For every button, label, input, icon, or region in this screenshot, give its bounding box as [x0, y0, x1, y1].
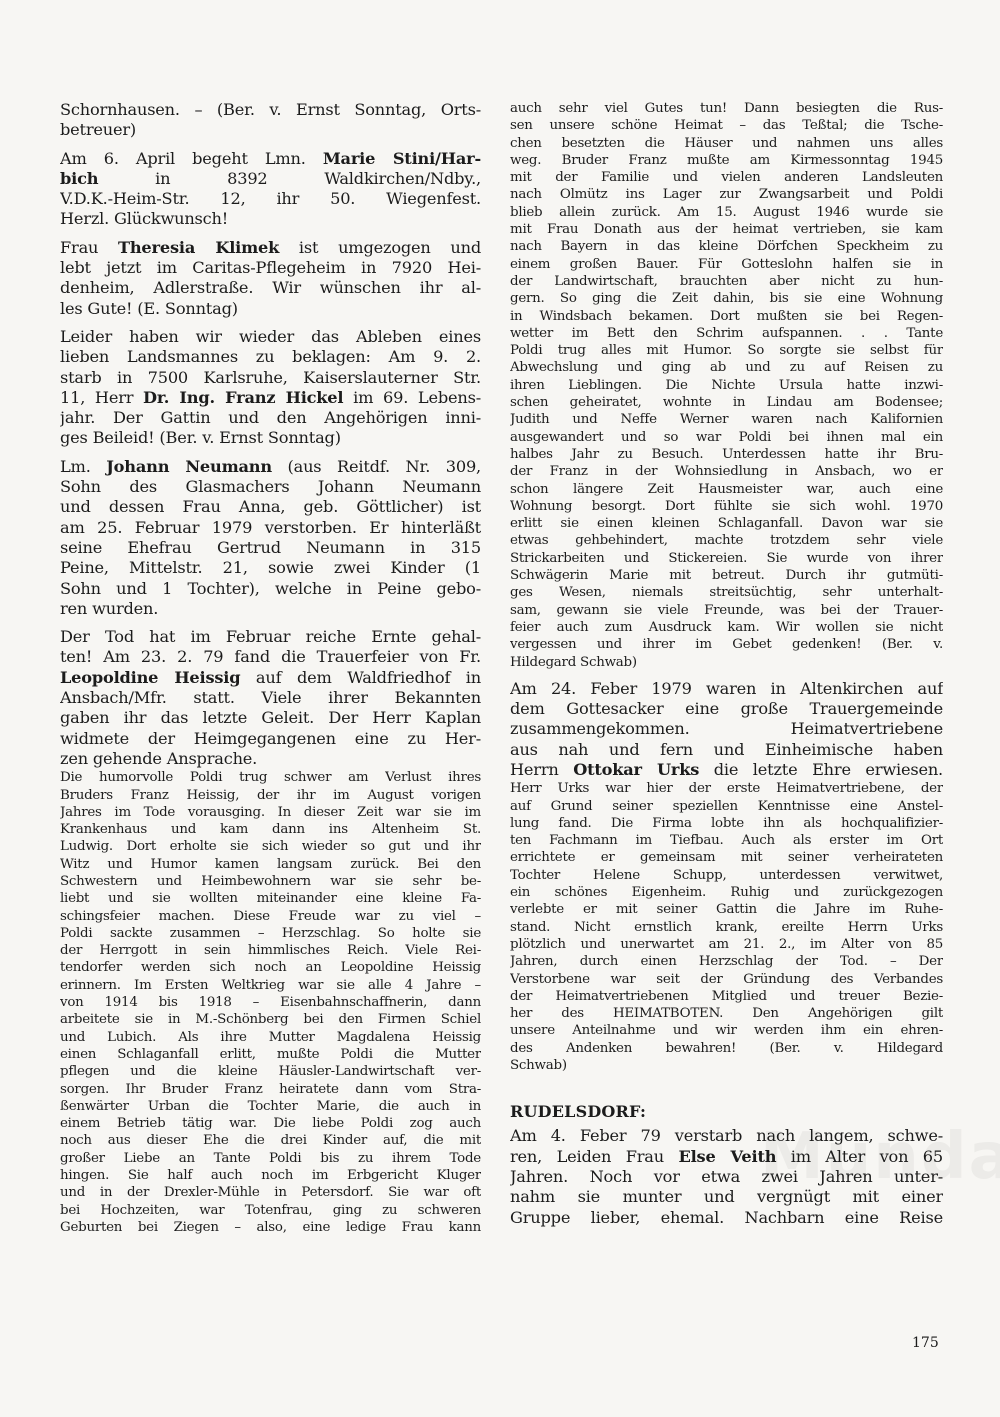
text-fragment: (aus Reitdf. Nr. 309,: [272, 457, 481, 476]
text-line: plötzlich und unerwartet am 21. 2., im A…: [510, 936, 943, 953]
text-line: sam, gewann sie viele Freunde, was bei d…: [510, 602, 943, 619]
text-line: Lm. Johann Neumann (aus Reitdf. Nr. 309,: [60, 457, 481, 477]
text-line: blieb allein zurück. Am 15. August 1946 …: [510, 204, 943, 221]
text-fragment: die letzte Ehre erwiesen.: [699, 760, 943, 779]
text-line: Leider haben wir wieder das Ableben eine…: [60, 327, 481, 347]
text-line: der Heimatvertriebenen Mitglied und treu…: [510, 988, 943, 1005]
text-line: Ludwig. Dort erholte sie sich wieder so …: [60, 838, 481, 855]
paragraph-leopoldine-heissig: Der Tod hat im Februar reiche Ernte geha…: [60, 627, 481, 769]
text-line: seine Ehefrau Gertrud Neumann in 315: [60, 538, 481, 558]
text-fragment: und dessen Frau Anna, geb. Göttlicher) i…: [60, 497, 481, 516]
bold-name: Leopoldine Heissig: [60, 668, 240, 687]
text-fragment: zen gehende Ansprache.: [60, 749, 257, 768]
text-fragment: seine Ehefrau Gertrud Neumann in 315: [60, 538, 481, 557]
text-line: betreuer): [60, 120, 481, 140]
text-fragment: ren wurden.: [60, 599, 158, 618]
text-line: Strickarbeiten und Stickereien. Sie wurd…: [510, 550, 943, 567]
text-fragment: jahr. Der Gattin und den Angehörigen inn…: [60, 408, 481, 427]
text-line: mit der Familie und vielen anderen Lands…: [510, 169, 943, 186]
text-fragment: starb in 7500 Karlsruhe, Kaiserslauterne…: [60, 368, 481, 387]
text-line: gaben ihr das letzte Geleit. Der Herr Ka…: [60, 708, 481, 728]
text-line: lieben Landsmannes zu beklagen: Am 9. 2.: [60, 347, 481, 367]
text-fragment: Peine, Mittelstr. 21, sowie zwei Kinder …: [60, 558, 481, 577]
text-line: etwas gehbehindert, machte trotzdem sehr…: [510, 532, 943, 549]
text-line: Herrn Ottokar Urks die letzte Ehre erwie…: [510, 760, 943, 780]
text-line: nahm sie munter und vergnügt mit einer: [510, 1187, 943, 1207]
text-fragment: Am 4. Feber 79 verstarb nach langem, sch…: [510, 1126, 943, 1145]
text-line: V.D.K.-Heim-Str. 12, ihr 50. Wiegenfest.: [60, 189, 481, 209]
left-column: Schornhausen. – (Ber. v. Ernst Sonntag, …: [60, 100, 481, 1236]
text-fragment: auf dem Waldfriedhof in: [240, 668, 481, 687]
text-line: weg. Bruder Franz mußte am Kirmessonntag…: [510, 152, 943, 169]
text-line: auch sehr viel Gutes tun! Dann besiegten…: [510, 100, 943, 117]
text-line: ten! Am 23. 2. 79 fand die Trauerfeier v…: [60, 647, 481, 667]
text-fragment: widmete der Heimgegangenen eine zu Her-: [60, 729, 481, 748]
text-line: ges Beileid! (Ber. v. Ernst Sonntag): [60, 428, 481, 448]
text-line: ein schönes Eigenheim. Ruhig und zurückg…: [510, 884, 943, 901]
text-line: her des HEIMATBOTEN. Den Angehörigen gil…: [510, 1005, 943, 1022]
text-line: Gruppe lieber, ehemal. Nachbarn eine Rei…: [510, 1208, 943, 1228]
text-line: tendorfer werden sich noch an Leopoldine…: [60, 959, 481, 976]
text-line: einem Betrieb tätig war. Die liebe Poldi…: [60, 1115, 481, 1132]
text-line: nach Olmütz ins Lager zur Zwangsarbeit u…: [510, 186, 943, 203]
text-line: Herr Urks war hier der erste Heimatvertr…: [510, 780, 943, 797]
text-line: auf Grund seiner speziellen Kenntnisse e…: [510, 798, 943, 815]
newspaper-page: Mundartb Schornhausen. – (Ber. v. Ernst …: [0, 0, 1000, 1417]
text-line: jahr. Der Gattin und den Angehörigen inn…: [60, 408, 481, 428]
text-line: feier auch zum Ausdruck kam. Wir wollen …: [510, 619, 943, 636]
text-line: Schwestern und Heimbewohnern war sie seh…: [60, 873, 481, 890]
text-line: und Lubich. Als ihre Mutter Magdalena He…: [60, 1029, 481, 1046]
paragraph-ottokar-urks-body: Herr Urks war hier der erste Heimatvertr…: [510, 780, 943, 1074]
text-line: dem Gottesacker eine große Trauergemeind…: [510, 699, 943, 719]
text-line: nach Bayern in das kleine Dörfchen Speck…: [510, 238, 943, 255]
text-line: und in der Drexler-Mühle in Petersdorf. …: [60, 1184, 481, 1201]
text-line: liebt und sie wollten miteinander eine k…: [60, 890, 481, 907]
paragraph-theresia-klimek: Frau Theresia Klimek ist umgezogen undle…: [60, 238, 481, 319]
text-fragment: in 8392 Waldkirchen/Ndby.,: [98, 169, 481, 188]
text-fragment: Am 24. Feber 1979 waren in Altenkirchen …: [510, 679, 943, 698]
text-line: ßenwärter Urban die Tochter Marie, die a…: [60, 1098, 481, 1115]
text-line: vergessen und ihrer im Gebet gedenken! (…: [510, 636, 943, 653]
text-fragment: ges Beileid! (Ber. v. Ernst Sonntag): [60, 428, 341, 447]
paragraph-poldi-continued: auch sehr viel Gutes tun! Dann besiegten…: [510, 100, 943, 671]
text-fragment: dem Gottesacker eine große Trauergemeind…: [510, 699, 943, 718]
paragraph-birthday-marie-stini: Am 6. April begeht Lmn. Marie Stini/Har-…: [60, 149, 481, 230]
text-line: Poldi trug alles mit Humor. So sorgte si…: [510, 342, 943, 359]
text-line: chen besetzten die Häuser und nahmen uns…: [510, 135, 943, 152]
text-line: in Windsbach bekamen. Dort mußten sie be…: [510, 308, 943, 325]
text-line: les Gute! (E. Sonntag): [60, 299, 481, 319]
text-line: des Andenken bewahren! (Ber. v. Hildegar…: [510, 1040, 943, 1057]
paragraph-johann-neumann: Lm. Johann Neumann (aus Reitdf. Nr. 309,…: [60, 457, 481, 619]
text-line: bei Hochzeiten, war Totenfrau, ging zu s…: [60, 1202, 481, 1219]
text-line: schingsfeier machen. Diese Freude war zu…: [60, 908, 481, 925]
text-line: Poldi sackte zusammen – Herzschlag. So h…: [60, 925, 481, 942]
text-line: ten Fachmann im Tiefbau. Auch als erster…: [510, 832, 943, 849]
text-line: Schwägerin Marie mit betreut. Durch ihr …: [510, 567, 943, 584]
text-line: Sohn des Glasmachers Johann Neumann: [60, 477, 481, 497]
text-line: Schornhausen. – (Ber. v. Ernst Sonntag, …: [60, 100, 481, 120]
text-line: hingen. Sie half auch noch im Erbgericht…: [60, 1167, 481, 1184]
paragraph-poldi-biography: Die humorvolle Poldi trug schwer am Verl…: [60, 769, 481, 1236]
text-line: Bruders Franz Heissig, der ihr im August…: [60, 787, 481, 804]
bold-name: Else Veith: [678, 1147, 776, 1166]
text-line: ihren Lieblingen. Die Nichte Ursula hatt…: [510, 377, 943, 394]
text-line: ren wurden.: [60, 599, 481, 619]
text-fragment: Sohn und 1 Tochter), welche in Peine geb…: [60, 579, 481, 598]
text-line: und dessen Frau Anna, geb. Göttlicher) i…: [60, 497, 481, 517]
text-line: halbes Jahr zu Besuch. Unterdessen hatte…: [510, 446, 943, 463]
text-line: schen geheiratet, wohnte in Lindau am Bo…: [510, 394, 943, 411]
paragraph-ottokar-urks-intro: Am 24. Feber 1979 waren in Altenkirchen …: [510, 679, 943, 780]
paragraph-else-veith: Am 4. Feber 79 verstarb nach langem, sch…: [510, 1126, 943, 1227]
text-line: Tochter Helene Schupp, unterdessen verwi…: [510, 867, 943, 884]
section-heading-rudelsdorf: RUDELSDORF:: [510, 1102, 943, 1122]
text-line: zen gehende Ansprache.: [60, 749, 481, 769]
text-line: ges Wesen, niemals streitsüchtig, sehr u…: [510, 584, 943, 601]
text-line: Jahren. Noch vor etwa zwei Jahren unter-: [510, 1167, 943, 1187]
text-fragment: Lm.: [60, 457, 106, 476]
text-line: Krankenhaus und kam dann ins Altenheim S…: [60, 821, 481, 838]
text-line: Frau Theresia Klimek ist umgezogen und: [60, 238, 481, 258]
text-fragment: Herrn: [510, 760, 573, 779]
page-number: 175: [912, 1335, 939, 1351]
text-line: Am 6. April begeht Lmn. Marie Stini/Har-: [60, 149, 481, 169]
text-line: Leopoldine Heissig auf dem Waldfriedhof …: [60, 668, 481, 688]
text-line: sorgen. Ihr Bruder Franz heiratete dann …: [60, 1081, 481, 1098]
text-line: widmete der Heimgegangenen eine zu Her-: [60, 729, 481, 749]
text-line: Ansbach/Mfr. statt. Viele ihrer Bekannte…: [60, 688, 481, 708]
right-column: auch sehr viel Gutes tun! Dann besiegten…: [510, 100, 943, 1228]
text-fragment: Gruppe lieber, ehemal. Nachbarn eine Rei…: [510, 1208, 943, 1227]
text-fragment: les Gute! (E. Sonntag): [60, 299, 238, 318]
text-line: unsere Anteilnahme und wir werden ihm ei…: [510, 1022, 943, 1039]
text-line: Hildegard Schwab): [510, 654, 943, 671]
text-line: pflegen und die kleine Häusler-Landwirts…: [60, 1063, 481, 1080]
text-fragment: am 25. Februar 1979 verstorben. Er hinte…: [60, 518, 481, 537]
text-line: erlitt sie einen kleinen Schlaganfall. D…: [510, 515, 943, 532]
text-line: Die humorvolle Poldi trug schwer am Verl…: [60, 769, 481, 786]
text-fragment: Der Tod hat im Februar reiche Ernte geha…: [60, 627, 481, 646]
text-line: lebt jetzt im Caritas-Pflegeheim in 7920…: [60, 258, 481, 278]
text-line: Wohnung besorgt. Dort fühlte sie sich wo…: [510, 498, 943, 515]
text-fragment: lebt jetzt im Caritas-Pflegeheim in 7920…: [60, 258, 481, 277]
text-line: einen Schlaganfall erlitt, mußte Poldi d…: [60, 1046, 481, 1063]
text-line: von 1914 bis 1918 – Eisenbahnschaffnerin…: [60, 994, 481, 1011]
text-line: einem großen Bauer. Für Gotteslohn halfe…: [510, 256, 943, 273]
text-line: Am 24. Feber 1979 waren in Altenkirchen …: [510, 679, 943, 699]
text-line: denheim, Adlerstraße. Wir wünschen ihr a…: [60, 278, 481, 298]
text-fragment: V.D.K.-Heim-Str. 12, ihr 50. Wiegenfest.: [60, 189, 481, 208]
text-line: Der Tod hat im Februar reiche Ernte geha…: [60, 627, 481, 647]
bold-name: Ottokar Urks: [573, 760, 699, 779]
text-line: Jahres im Tode vorausging. In dieser Zei…: [60, 804, 481, 821]
text-fragment: Ansbach/Mfr. statt. Viele ihrer Bekannte…: [60, 688, 481, 707]
text-line: bich in 8392 Waldkirchen/Ndby.,: [60, 169, 481, 189]
text-fragment: im Alter von 65: [776, 1147, 943, 1166]
text-fragment: gaben ihr das letzte Geleit. Der Herr Ka…: [60, 708, 481, 727]
text-line: Sohn und 1 Tochter), welche in Peine geb…: [60, 579, 481, 599]
text-line: arbeitete sie in M.-Schönberg bei den Fi…: [60, 1011, 481, 1028]
text-line: Am 4. Feber 79 verstarb nach langem, sch…: [510, 1126, 943, 1146]
text-fragment: aus nah und fern und Einheimische haben: [510, 740, 943, 759]
text-line: 11, Herr Dr. Ing. Franz Hickel im 69. Le…: [60, 388, 481, 408]
text-fragment: 11, Herr: [60, 388, 143, 407]
text-fragment: nahm sie munter und vergnügt mit einer: [510, 1187, 943, 1206]
bold-name: bich: [60, 169, 98, 188]
text-fragment: denheim, Adlerstraße. Wir wünschen ihr a…: [60, 278, 481, 297]
text-line: Peine, Mittelstr. 21, sowie zwei Kinder …: [60, 558, 481, 578]
text-line: Schwab): [510, 1057, 943, 1074]
text-line: wetter im Bett den Schrim aufspannen. . …: [510, 325, 943, 342]
text-line: zusammengekommen. Heimatvertriebene: [510, 719, 943, 739]
text-line: ausgewandert und so war Poldi bei ihnen …: [510, 429, 943, 446]
text-line: errichtete er gemeinsam mit seiner verhe…: [510, 849, 943, 866]
paragraph-franz-hickel: Leider haben wir wieder das Ableben eine…: [60, 327, 481, 449]
text-line: noch aus dieser Ehe die drei Kinder auf,…: [60, 1132, 481, 1149]
text-fragment: zusammengekommen. Heimatvertriebene: [510, 719, 943, 738]
bold-name: Marie Stini/Har-: [323, 149, 481, 168]
text-fragment: Leider haben wir wieder das Ableben eine…: [60, 327, 481, 346]
text-line: Verstorbene war seit der Gründung des Ve…: [510, 971, 943, 988]
text-fragment: Am 6. April begeht Lmn.: [60, 149, 323, 168]
text-line: lung fand. Die Firma lobte ihn als hochq…: [510, 815, 943, 832]
text-line: gern. So ging die Zeit dahin, bis sie ei…: [510, 290, 943, 307]
text-line: verlebte er mit seiner Gattin die Jahre …: [510, 901, 943, 918]
text-line: Geburten bei Ziegen – also, eine ledige …: [60, 1219, 481, 1236]
text-line: sen unsere schöne Heimat – das Teßtal; d…: [510, 117, 943, 134]
text-fragment: Sohn des Glasmachers Johann Neumann: [60, 477, 481, 496]
text-fragment: Herzl. Glückwunsch!: [60, 209, 228, 228]
text-line: der Landwirtschaft, brauchten aber nicht…: [510, 273, 943, 290]
text-line: Jahren, durch einen Herzschlag der Tod. …: [510, 953, 943, 970]
text-line: der Franz in der Wohnsiedlung in Ansbach…: [510, 463, 943, 480]
text-line: schon längere Zeit Hausmeister war, auch…: [510, 481, 943, 498]
text-line: großer Liebe an Tante Poldi bis zu ihrem…: [60, 1150, 481, 1167]
text-line: Judith und Neffe Werner waren nach Kalif…: [510, 411, 943, 428]
text-line: Witz und Humor kamen langsam zurück. Bei…: [60, 856, 481, 873]
text-line: ren, Leiden Frau Else Veith im Alter von…: [510, 1147, 943, 1167]
bold-name: Johann Neumann: [106, 457, 272, 476]
text-line: stand. Nicht ernstlich krank, ereilte He…: [510, 919, 943, 936]
text-fragment: ten! Am 23. 2. 79 fand die Trauerfeier v…: [60, 647, 481, 666]
text-fragment: Frau: [60, 238, 118, 257]
text-line: am 25. Februar 1979 verstorben. Er hinte…: [60, 518, 481, 538]
bold-name: Dr. Ing. Franz Hickel: [143, 388, 343, 407]
text-line: Abwechslung und ging ab und zu auf Reise…: [510, 359, 943, 376]
text-fragment: ren, Leiden Frau: [510, 1147, 678, 1166]
text-fragment: Jahren. Noch vor etwa zwei Jahren unter-: [510, 1167, 943, 1186]
text-line: starb in 7500 Karlsruhe, Kaiserslauterne…: [60, 368, 481, 388]
text-line: Herzl. Glückwunsch!: [60, 209, 481, 229]
text-fragment: ist umgezogen und: [279, 238, 481, 257]
text-fragment: lieben Landsmannes zu beklagen: Am 9. 2.: [60, 347, 481, 366]
text-fragment: im 69. Lebens-: [343, 388, 481, 407]
text-line: aus nah und fern und Einheimische haben: [510, 740, 943, 760]
paragraph-ortsbetreuer: Schornhausen. – (Ber. v. Ernst Sonntag, …: [60, 100, 481, 141]
text-line: erinnern. Im Ersten Weltkrieg war sie al…: [60, 977, 481, 994]
bold-name: Theresia Klimek: [118, 238, 279, 257]
text-line: mit Frau Donath aus der heimat vertriebe…: [510, 221, 943, 238]
text-line: der Herrgott in sein himmlisches Reich. …: [60, 942, 481, 959]
